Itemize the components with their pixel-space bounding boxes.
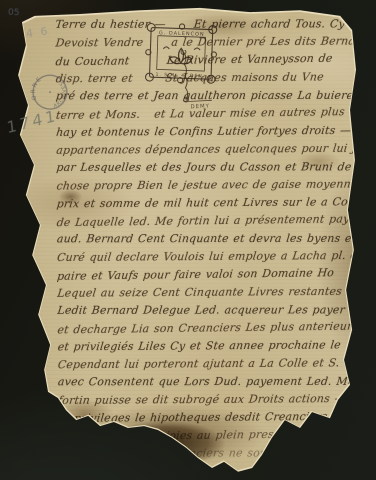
handwriting-line: chose propre Bien le jestue avec de gais… [56, 175, 358, 195]
archive-stamp-orne-text: ORNE [27, 74, 44, 103]
fiscal-stamp-border-top: G. DALENCON [159, 30, 205, 38]
paper-sheet: Terre du hestier — Et pierre achard Tous… [10, 6, 362, 476]
handwriting-line: appartenances dépendances quelconques po… [55, 140, 357, 160]
handwriting-line: par Lesquelles et des Jours du Casson et… [56, 158, 358, 176]
handwriting-line: fortin puisse se dit subrogé aux Droits … [57, 390, 359, 410]
svg-text:ARCHIVES: ARCHIVES [51, 79, 71, 112]
archive-round-stamp: ORNE ARCHIVES [27, 69, 73, 115]
handwriting-line: Ledit Bernard Delegue Led. acquereur Les… [57, 301, 359, 319]
handwriting-line: de Monjoies au plein present [57, 425, 359, 447]
svg-text:ORNE: ORNE [27, 74, 44, 103]
handwriting-line: hay et bontenus le Confins Lutier fortye… [55, 122, 357, 142]
handwriting-line: de Laquelle led. Me fortin lui a présent… [56, 210, 358, 232]
archive-stamp-archives-text: ARCHIVES [51, 79, 71, 112]
handwriting-line: avec Consentent que Lors Dud. payement L… [57, 373, 359, 391]
fiscal-stamp-fragment: DEMY [175, 48, 218, 112]
handwriting-line: Lequel au seize Cent Cinquante Livres re… [56, 283, 358, 303]
handwriting-line: Cependant lui porteront ajutant a La Col… [57, 354, 359, 374]
handwriting-line: aud. Bernard Cent Cinquante et devra les… [56, 230, 358, 248]
handwriting-line: Creanciers ne sont [58, 444, 360, 462]
fiscal-stamp-demy-label: DEMY [190, 103, 210, 110]
handwriting-line: et privilegiés Liles Cy et Ste annee pro… [57, 336, 359, 356]
scanner-background: Terre du hestier — Et pierre achard Tous… [0, 0, 376, 480]
